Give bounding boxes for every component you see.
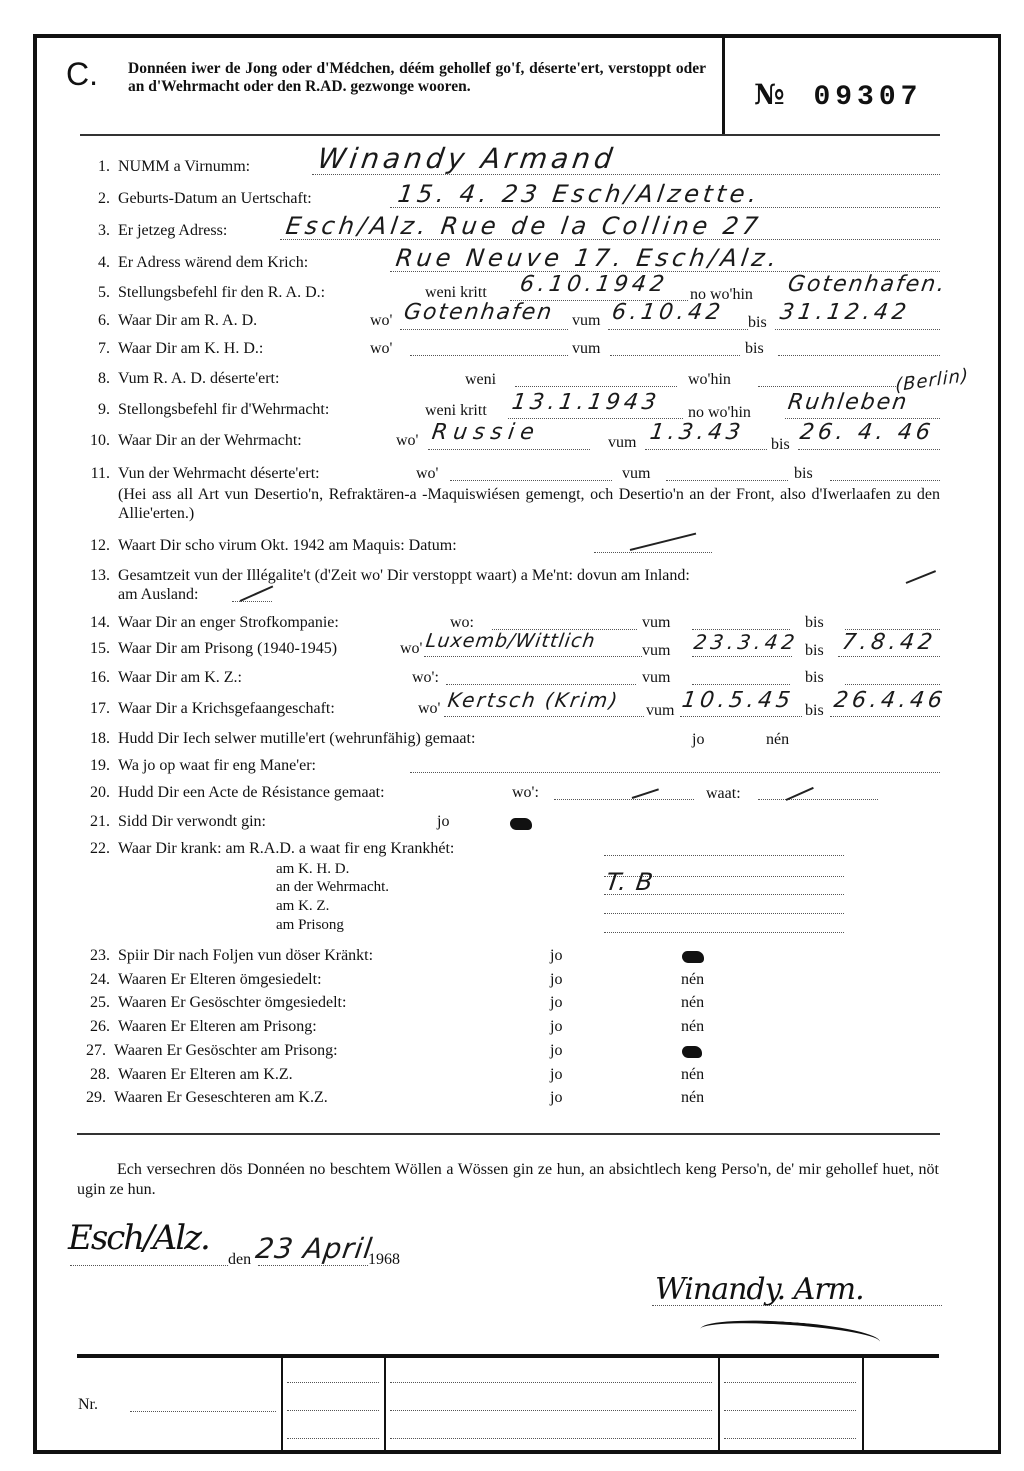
q9-wohin-field[interactable] xyxy=(785,418,940,419)
footer-col-divider-3 xyxy=(718,1358,720,1454)
q10-vum-field[interactable] xyxy=(645,449,767,450)
question-17: 17.Waar Dir a Krichsgefaangeschaft: xyxy=(78,700,335,718)
q27-option-jo[interactable]: jo xyxy=(550,1042,562,1060)
declaration-text: Ech versechren dös Donnéen no beschtem W… xyxy=(77,1160,939,1200)
q5-weni-value: 6.10.1942 xyxy=(518,272,669,297)
footer-nr-label: Nr. xyxy=(78,1396,98,1414)
q6-vum-field[interactable] xyxy=(608,329,748,330)
footer-c3-r2[interactable] xyxy=(390,1410,712,1411)
q28-option-jo[interactable]: jo xyxy=(550,1066,562,1084)
q6-vum-value: 6.10.42 xyxy=(610,300,725,325)
q15-wo-field[interactable] xyxy=(424,656,642,657)
q25-option-nen[interactable]: nén xyxy=(681,994,704,1012)
q26-option-nen[interactable]: nén xyxy=(681,1018,704,1036)
question-3: 3.Er jetzeg Adress: xyxy=(78,222,227,240)
footer-col-divider-4 xyxy=(862,1358,864,1454)
question-12: 12.Waart Dir scho virum Okt. 1942 am Maq… xyxy=(78,537,457,555)
question-6: 6.Waar Dir am R. A. D. xyxy=(78,312,257,330)
q11-note: (Hei ass all Art vun Desertio'n, Refrakt… xyxy=(118,485,940,523)
footer-rule xyxy=(77,1354,939,1358)
q10-wo-field[interactable] xyxy=(428,449,590,450)
q10-vum-value: 1.3.43 xyxy=(648,420,745,445)
footer-col-divider-1 xyxy=(281,1358,283,1454)
place-field[interactable] xyxy=(70,1265,228,1266)
q26-option-jo[interactable]: jo xyxy=(550,1018,562,1036)
q11-bis-field[interactable] xyxy=(830,480,940,481)
question-9: 9.Stellongsbefehl fir d'Wehrmacht: xyxy=(78,401,329,419)
footer-c2-r2[interactable] xyxy=(287,1410,379,1411)
question-18: 18.Hudd Dir Iech selwer mutille'ert (weh… xyxy=(78,730,475,748)
q11-vum-field[interactable] xyxy=(666,480,788,481)
form-title: Donnéen iwer de Jong oder d'Médchen, déé… xyxy=(128,60,706,96)
footer-c2-r1[interactable] xyxy=(287,1382,379,1383)
header-rule xyxy=(80,134,940,136)
q15-bis-field[interactable] xyxy=(838,656,940,657)
q23-nen-struck-mark[interactable] xyxy=(682,951,704,963)
q23-option-jo[interactable]: jo xyxy=(550,947,562,965)
question-24: 24.Waaren Er Elteren ömgesiedelt: xyxy=(78,971,322,989)
q9-wohin-value: Ruhleben xyxy=(786,390,910,415)
q20-waat-field[interactable] xyxy=(758,799,878,800)
q10-bis-field[interactable] xyxy=(798,449,940,450)
q1-label: NUMM a Virnumm: xyxy=(118,158,250,175)
question-22: 22.Waar Dir krank: am R.A.D. a waat fir … xyxy=(78,840,454,858)
date-field[interactable] xyxy=(258,1265,368,1266)
question-25: 25.Waaren Er Gesöschter ömgesiedelt: xyxy=(78,994,346,1012)
q22-rad-field[interactable] xyxy=(604,855,844,856)
q20-wo-field[interactable] xyxy=(554,799,694,800)
q1-value: Winandy Armand xyxy=(316,142,619,175)
q15-vum-field[interactable] xyxy=(692,656,792,657)
document-number: №09307 xyxy=(754,78,922,113)
question-8: 8.Vum R. A. D. déserte'ert: xyxy=(78,370,279,388)
q13-ausland-field[interactable] xyxy=(232,601,272,602)
q7-vum-field[interactable] xyxy=(610,355,740,356)
q2-value: 15. 4. 23 Esch/Alzette. xyxy=(396,180,762,208)
question-4: 4.Er Adress wärend dem Krich: xyxy=(78,254,308,272)
q17-vum-value: 10.5.45 xyxy=(680,688,795,713)
question-10: 10.Waar Dir an der Wehrmacht: xyxy=(78,432,302,450)
question-20: 20.Hudd Dir een Acte de Résistance gemaa… xyxy=(78,784,385,802)
question-5: 5.Stellungsbefehl fir den R. A. D.: xyxy=(78,284,325,302)
footer-c4-r3[interactable] xyxy=(724,1438,856,1439)
date-handwritten: 23 April xyxy=(254,1232,375,1265)
question-13: 13.Gesamtzeit vun der Illégalite't (d'Ze… xyxy=(78,567,690,585)
q9-weni-field[interactable] xyxy=(508,418,683,419)
question-14: 14.Waar Dir an enger Strofkompanie: xyxy=(78,614,339,632)
question-26: 26.Waaren Er Elteren am Prisong: xyxy=(78,1018,317,1036)
q22-wehrmacht-value: T. B xyxy=(604,868,655,896)
q28-option-nen[interactable]: nén xyxy=(681,1066,704,1084)
q21-nen-struck-mark[interactable] xyxy=(510,818,532,830)
question-7: 7.Waar Dir am K. H. D.: xyxy=(78,340,263,358)
question-11: 11.Vun der Wehrmacht déserte'ert: xyxy=(78,465,320,483)
q17-bis-field[interactable] xyxy=(830,716,940,717)
question-15: 15.Waar Dir am Prisong (1940-1945) xyxy=(78,640,337,658)
q25-option-jo[interactable]: jo xyxy=(550,994,562,1012)
footer-c4-r2[interactable] xyxy=(724,1410,856,1411)
question-2: 2.Geburts-Datum an Uertschaft: xyxy=(78,190,312,208)
q17-wo-value: Kertsch (Krim) xyxy=(446,688,621,712)
question-27: 27.Waaren Er Gesöschter am Prisong: xyxy=(74,1042,338,1060)
q22-sub-wehrmacht: an der Wehrmacht. xyxy=(276,879,389,896)
section-letter: C. xyxy=(66,56,98,93)
q15-vum-value: 23.3.42 xyxy=(692,630,800,654)
q16-bis-field[interactable] xyxy=(845,684,940,685)
q17-vum-field[interactable] xyxy=(680,716,802,717)
footer-c4-r1[interactable] xyxy=(724,1382,856,1383)
question-19: 19.Wa jo op waat fir eng Mane'er: xyxy=(78,757,316,775)
header-divider xyxy=(722,38,725,134)
footer-col-divider-2 xyxy=(384,1358,386,1454)
q21-option-jo[interactable]: jo xyxy=(437,813,449,831)
q22-sub-khd: am K. H. D. xyxy=(276,861,349,878)
document-number-value: 09307 xyxy=(813,82,922,113)
question-29: 29.Waaren Er Geseschteren am K.Z. xyxy=(74,1089,328,1107)
footer-nr-field[interactable] xyxy=(130,1411,276,1412)
footer-c3-r3[interactable] xyxy=(390,1438,712,1439)
q15-bis-value: 7.8.42 xyxy=(840,630,937,655)
q12-datum-field[interactable] xyxy=(594,552,712,553)
q16-wo-field[interactable] xyxy=(446,684,636,685)
q24-option-nen[interactable]: nén xyxy=(681,971,704,989)
q9-weni-value: 13.1.1943 xyxy=(510,390,661,415)
q6-wo-value: Gotenhafen xyxy=(402,300,555,325)
q7-wo-field[interactable] xyxy=(410,355,568,356)
q8-wohin-field[interactable] xyxy=(758,386,898,387)
q10-wo-value: Russie xyxy=(430,420,541,445)
q29-option-nen[interactable]: nén xyxy=(681,1089,704,1107)
footer-c3-r1[interactable] xyxy=(390,1382,712,1383)
question-28: 28.Waaren Er Elteren am K.Z. xyxy=(78,1066,293,1084)
place-handwritten: Esch/Alz. xyxy=(68,1218,209,1258)
q6-wo-field[interactable] xyxy=(400,329,568,330)
question-21: 21.Sidd Dir verwondt gin: xyxy=(78,813,266,831)
q11-wo-field[interactable] xyxy=(450,480,612,481)
year-label: 1968 xyxy=(368,1251,400,1269)
q4-value: Rue Neuve 17. Esch/Alz. xyxy=(394,244,782,272)
q16-vum-field[interactable] xyxy=(692,684,790,685)
section-rule xyxy=(77,1133,940,1135)
q17-wo-field[interactable] xyxy=(444,716,644,717)
q22-kz-field[interactable] xyxy=(604,913,844,914)
q6-bis-value: 31.12.42 xyxy=(778,300,911,325)
q10-bis-value: 26. 4. 46 xyxy=(798,420,935,445)
q22-sub-kz: am K. Z. xyxy=(276,898,329,915)
question-23: 23.Spiir Dir nach Foljen vun döser Kränk… xyxy=(78,947,373,965)
q29-option-jo[interactable]: jo xyxy=(550,1089,562,1107)
q22-prisong-field[interactable] xyxy=(604,932,844,933)
question-16: 16.Waar Dir am K. Z.: xyxy=(78,669,242,687)
footer-c2-r3[interactable] xyxy=(287,1438,379,1439)
q7-bis-field[interactable] xyxy=(778,355,940,356)
q17-bis-value: 26.4.46 xyxy=(832,688,947,713)
q24-option-jo[interactable]: jo xyxy=(550,971,562,989)
q15-wo-value: Luxemb/Wittlich xyxy=(424,630,597,652)
q22-sub-prisong: am Prisong xyxy=(276,917,344,934)
q6-bis-field[interactable] xyxy=(775,329,940,330)
q18-option-jo[interactable]: jo xyxy=(692,731,704,749)
q18-option-nen[interactable]: nén xyxy=(766,731,789,749)
q8-weni-field[interactable] xyxy=(515,386,677,387)
den-label: den xyxy=(228,1251,251,1269)
q5-wohin-value: Gotenhafen. xyxy=(786,272,948,297)
signature: Winandy. Arm. xyxy=(655,1272,864,1307)
question-1: 1.NUMM a Virnumm: xyxy=(78,158,250,176)
numero-sign: № xyxy=(754,78,785,111)
q27-nen-struck-mark[interactable] xyxy=(682,1046,702,1058)
q3-value: Esch/Alz. Rue de la Colline 27 xyxy=(284,212,764,240)
q19-field[interactable] xyxy=(410,772,940,773)
